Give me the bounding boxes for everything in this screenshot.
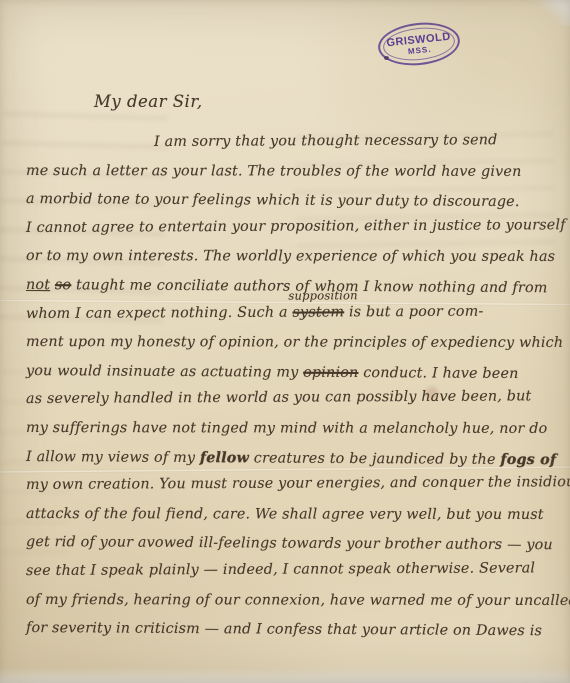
letter-line: me such a letter as your last. The troub… — [26, 157, 556, 187]
letter-text-segment: see that I speak plainly — indeed, I can… — [26, 560, 535, 579]
letter-line: whom I can expect nothing. Such a system… — [26, 297, 556, 328]
salutation: My dear Sir, — [94, 92, 203, 111]
paper-edge-bottom — [0, 667, 570, 683]
letter-text-segment: I allow my views of my — [26, 449, 200, 466]
letter-line: for severity in criticism — and I confes… — [26, 614, 556, 646]
letter-line: see that I speak plainly — indeed, I can… — [26, 554, 556, 585]
letter-text-segment: fellow — [200, 450, 249, 466]
letter-body: I am sorry that you thought necessary to… — [26, 128, 556, 643]
letter-scan: GRISWOLD MSS. My dear Sir, I am sorry th… — [0, 0, 570, 683]
ink-dot — [384, 56, 389, 60]
letter-text-segment: of my friends, hearing of our connexion,… — [26, 592, 570, 609]
letter-line: I am sorry that you thought necessary to… — [154, 126, 556, 157]
letter-text-segment: opinion — [303, 364, 358, 380]
letter-text-segment: whom I can expect nothing. Such a — [26, 304, 293, 321]
letter-text-segment: or to my own interests. The worldly expe… — [26, 248, 555, 265]
letter-text-segment: you would insinuate as actuating my — [26, 363, 303, 381]
stamp-text-line1: GRISWOLD — [386, 30, 451, 49]
interlinear-insertion: supposition — [288, 290, 357, 301]
letter-text-segment: attacks of the foul fiend, care. We shal… — [26, 506, 544, 523]
letter-text-segment: so — [55, 277, 71, 293]
letter-text-segment: for severity in criticism — and I confes… — [26, 620, 542, 639]
letter-text-segment: me such a letter as your last. The troub… — [26, 163, 522, 180]
paper-edge-top-right — [524, 0, 570, 26]
letter-text-segment: conduct. I have been — [358, 365, 518, 382]
letter-text-segment: not — [26, 277, 50, 293]
letter-line: attacks of the foul fiend, care. We shal… — [26, 500, 556, 530]
letter-line: of my friends, hearing of our connexion,… — [26, 586, 556, 616]
letter-text-segment: ment upon my honesty of opinion, or the … — [26, 334, 563, 351]
letter-text-segment: I am sorry that you thought necessary to… — [154, 132, 498, 150]
letter-text-segment: fogs of — [500, 451, 556, 467]
letter-text-segment: as severely handled in the world as you … — [26, 389, 532, 408]
letter-text-segment: my own creation. You must rouse your ene… — [26, 474, 570, 493]
letter-text-segment: get rid of your avowed ill-feelings towa… — [26, 534, 553, 553]
letter-text-segment: a morbid tone to your feelings which it … — [26, 191, 520, 210]
letter-line: my sufferings have not tinged my mind wi… — [26, 414, 556, 444]
stamp-text-line2: MSS. — [407, 44, 431, 55]
letter-line: my own creation. You must rouse your ene… — [26, 468, 556, 499]
letter-line: ment upon my honesty of opinion, or the … — [26, 328, 556, 358]
letter-line: I cannot agree to entertain your proposi… — [26, 211, 556, 242]
letter-line: or to my own interests. The worldly expe… — [26, 242, 556, 272]
letter-text-segment: is but a poor com- — [344, 303, 483, 320]
griswold-collection-stamp: GRISWOLD MSS. — [376, 19, 462, 69]
letter-text-segment: I cannot agree to entertain your proposi… — [26, 217, 566, 236]
letter-text-segment: creatures to be jaundiced by the — [249, 450, 500, 468]
letter-line: as severely handled in the world as you … — [26, 383, 556, 414]
letter-text-segment: systemsupposition — [292, 304, 344, 320]
letter-text-segment: my sufferings have not tinged my mind wi… — [26, 420, 547, 437]
